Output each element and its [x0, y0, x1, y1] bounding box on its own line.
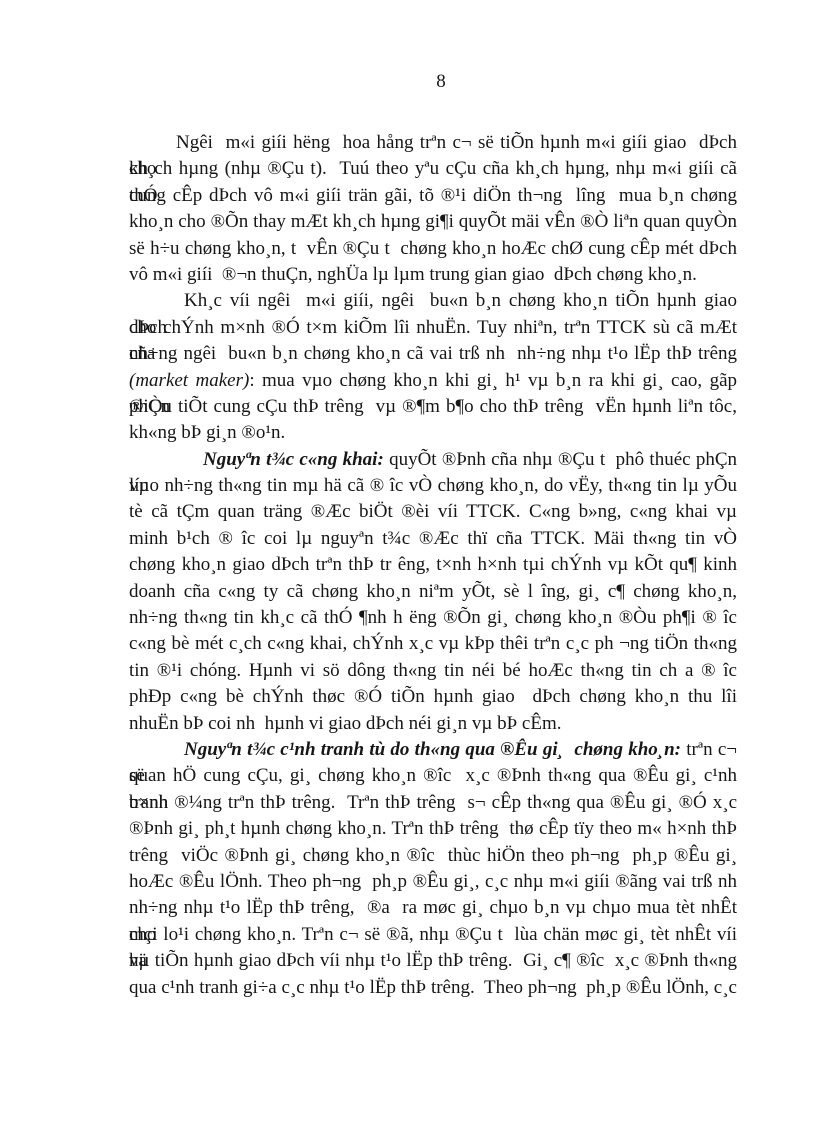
text-line: nh÷ng nhµ t¹o lËp thÞ trêng, ®a ra møc g…	[129, 895, 737, 921]
text-segment: chøng kho¸n giao dÞch trªn thÞ tr êng, t…	[129, 554, 737, 575]
text-line: tè cã tÇm quan träng ®Æc biÖt ®èi víi TT…	[129, 499, 737, 525]
text-segment: b×nh ®¼ng trªn thÞ trêng. Trªn thÞ trêng…	[129, 792, 737, 813]
text-line: Nguyªn t¾c c¹nh tranh tù do th«ng qua ®Ê…	[129, 737, 737, 763]
text-segment: tin ®¹i chóng. Hµnh vi sö dông th«ng tin…	[129, 660, 737, 681]
text-segment: kh«ng bÞ gi¸n ®o¹n.	[129, 422, 285, 443]
text-line: Ngêi m«i giíi hëng hoa hång trªn c¬ së t…	[129, 130, 737, 156]
text-segment: ®iÒu tiÕt cung cÇu thÞ trêng vµ ®¶m b¶o …	[129, 396, 737, 417]
text-line: phÐp c«ng bè chÝnh thøc ®Ó tiÕn hµnh gia…	[129, 684, 737, 710]
text-line: ®Þnh gi¸ ph¸t hµnh chøng kho¸n. Trªn thÞ…	[129, 816, 737, 842]
paragraph: Nguyªn t¾c c¹nh tranh tù do th«ng qua ®Ê…	[129, 737, 737, 1001]
text-line: qua c¹nh tranh gi÷a c¸c nhµ t¹o lËp thÞ …	[129, 975, 737, 1001]
text-segment: nh÷ng ngêi bu«n b¸n chøng kho¸n cã vai t…	[129, 343, 737, 364]
text-line: cung cÊp dÞch vô m«i giíi trän gãi, tõ ®…	[129, 183, 737, 209]
text-line: mçi lo¹i chøng kho¸n. Trªn c¬ së ®ã, nhµ…	[129, 922, 737, 948]
text-segment: (market maker)	[129, 370, 249, 391]
text-segment: trêng viÖc ®Þnh gi¸ chøng kho¸n ®îc thùc…	[129, 845, 737, 866]
text-segment: nhuËn bÞ coi nh hµnh vi giao dÞch néi gi…	[129, 713, 561, 734]
text-segment: Nguyªn t¾c c«ng khai:	[203, 449, 384, 470]
paragraph: Kh¸c víi ngêi m«i giíi, ngêi bu«n b¸n ch…	[129, 288, 737, 446]
text-segment: doanh cña c«ng ty cã chøng kho¸n niªm yÕ…	[129, 581, 737, 602]
text-segment: vµ tiÕn hµnh giao dÞch víi nhµ t¹o lËp t…	[129, 950, 737, 971]
text-segment: kho¸n cho ®Õn thay mÆt kh¸ch hµng gi¶i q…	[129, 211, 737, 232]
text-line: tin ®¹i chóng. Hµnh vi sö dông th«ng tin…	[129, 658, 737, 684]
text-line: ®iÒu tiÕt cung cÇu thÞ trêng vµ ®¶m b¶o …	[129, 394, 737, 420]
paragraph: Ngêi m«i giíi hëng hoa hång trªn c¬ së t…	[129, 130, 737, 288]
text-line: vµ tiÕn hµnh giao dÞch víi nhµ t¹o lËp t…	[129, 948, 737, 974]
paragraph: Nguyªn t¾c c«ng khai: quyÕt ®Þnh cña nhµ…	[129, 447, 737, 737]
text-line: kho¸n cho ®Õn thay mÆt kh¸ch hµng gi¶i q…	[129, 209, 737, 235]
text-line: nhuËn bÞ coi nh hµnh vi giao dÞch néi gi…	[129, 711, 737, 737]
text-segment: së h÷u chøng kho¸n, t vÊn ®Çu t chøng kh…	[129, 238, 737, 259]
text-line: c«ng bè mét c¸ch c«ng khai, chÝnh x¸c vµ…	[129, 631, 737, 657]
text-line: chøng kho¸n giao dÞch trªn thÞ tr êng, t…	[129, 552, 737, 578]
text-segment: c«ng bè mét c¸ch c«ng khai, chÝnh x¸c vµ…	[129, 633, 737, 654]
text-segment: phÐp c«ng bè chÝnh thøc ®Ó tiÕn hµnh gia…	[129, 686, 737, 707]
text-line: cho chÝnh m×nh ®Ó t×m kiÕm lîi nhuËn. Tu…	[129, 315, 737, 341]
text-line: kh«ng bÞ gi¸n ®o¹n.	[129, 420, 737, 446]
text-segment: nh÷ng th«ng tin kh¸c cã thÓ ¶nh h ëng ®Õ…	[129, 607, 737, 628]
page-number: 8	[436, 71, 446, 93]
text-segment: qua c¹nh tranh gi÷a c¸c nhµ t¹o lËp thÞ …	[129, 977, 737, 998]
text-line: doanh cña c«ng ty cã chøng kho¸n niªm yÕ…	[129, 579, 737, 605]
text-segment: hoÆc ®Êu lÖnh. Theo ph¬ng ph¸p ®Êu gi¸, …	[129, 871, 737, 892]
text-line: trêng viÖc ®Þnh gi¸ chøng kho¸n ®îc thùc…	[129, 843, 737, 869]
text-segment: minh b¹ch ® îc coi lµ nguyªn t¾c ®Æc thï…	[129, 528, 737, 549]
text-segment: vô m«i giíi ®¬n thuÇn, nghÜa lµ lµm trun…	[129, 264, 697, 285]
text-segment: vµo nh÷ng th«ng tin mµ hä cã ® îc vÒ chø…	[129, 475, 737, 496]
text-line: Nguyªn t¾c c«ng khai: quyÕt ®Þnh cña nhµ…	[129, 447, 737, 473]
text-line: hoÆc ®Êu lÖnh. Theo ph¬ng ph¸p ®Êu gi¸, …	[129, 869, 737, 895]
text-line: nh÷ng ngêi bu«n b¸n chøng kho¸n cã vai t…	[129, 341, 737, 367]
document-body: Ngêi m«i giíi hëng hoa hång trªn c¬ së t…	[129, 130, 737, 1001]
text-line: vµo nh÷ng th«ng tin mµ hä cã ® îc vÒ chø…	[129, 473, 737, 499]
text-segment: cung cÊp dÞch vô m«i giíi trän gãi, tõ ®…	[129, 185, 737, 206]
text-line: kh¸ch hµng (nhµ ®Çu t). Tuú theo yªu cÇu…	[129, 156, 737, 182]
text-segment: tè cã tÇm quan träng ®Æc biÖt ®èi víi TT…	[129, 501, 737, 522]
text-line: (market maker): mua vµo chøng kho¸n khi …	[129, 368, 737, 394]
text-line: minh b¹ch ® îc coi lµ nguyªn t¾c ®Æc thï…	[129, 526, 737, 552]
text-line: quan hÖ cung cÇu, gi¸ chøng kho¸n ®îc x¸…	[129, 763, 737, 789]
text-line: vô m«i giíi ®¬n thuÇn, nghÜa lµ lµm trun…	[129, 262, 737, 288]
text-line: b×nh ®¼ng trªn thÞ trêng. Trªn thÞ trêng…	[129, 790, 737, 816]
text-line: nh÷ng th«ng tin kh¸c cã thÓ ¶nh h ëng ®Õ…	[129, 605, 737, 631]
text-line: së h÷u chøng kho¸n, t vÊn ®Çu t chøng kh…	[129, 236, 737, 262]
text-line: Kh¸c víi ngêi m«i giíi, ngêi bu«n b¸n ch…	[129, 288, 737, 314]
document-page: 8 Ngêi m«i giíi hëng hoa hång trªn c¬ së…	[0, 0, 816, 1123]
text-segment: ®Þnh gi¸ ph¸t hµnh chøng kho¸n. Trªn thÞ…	[129, 818, 737, 839]
text-segment: Nguyªn t¾c c¹nh tranh tù do th«ng qua ®Ê…	[184, 739, 681, 760]
